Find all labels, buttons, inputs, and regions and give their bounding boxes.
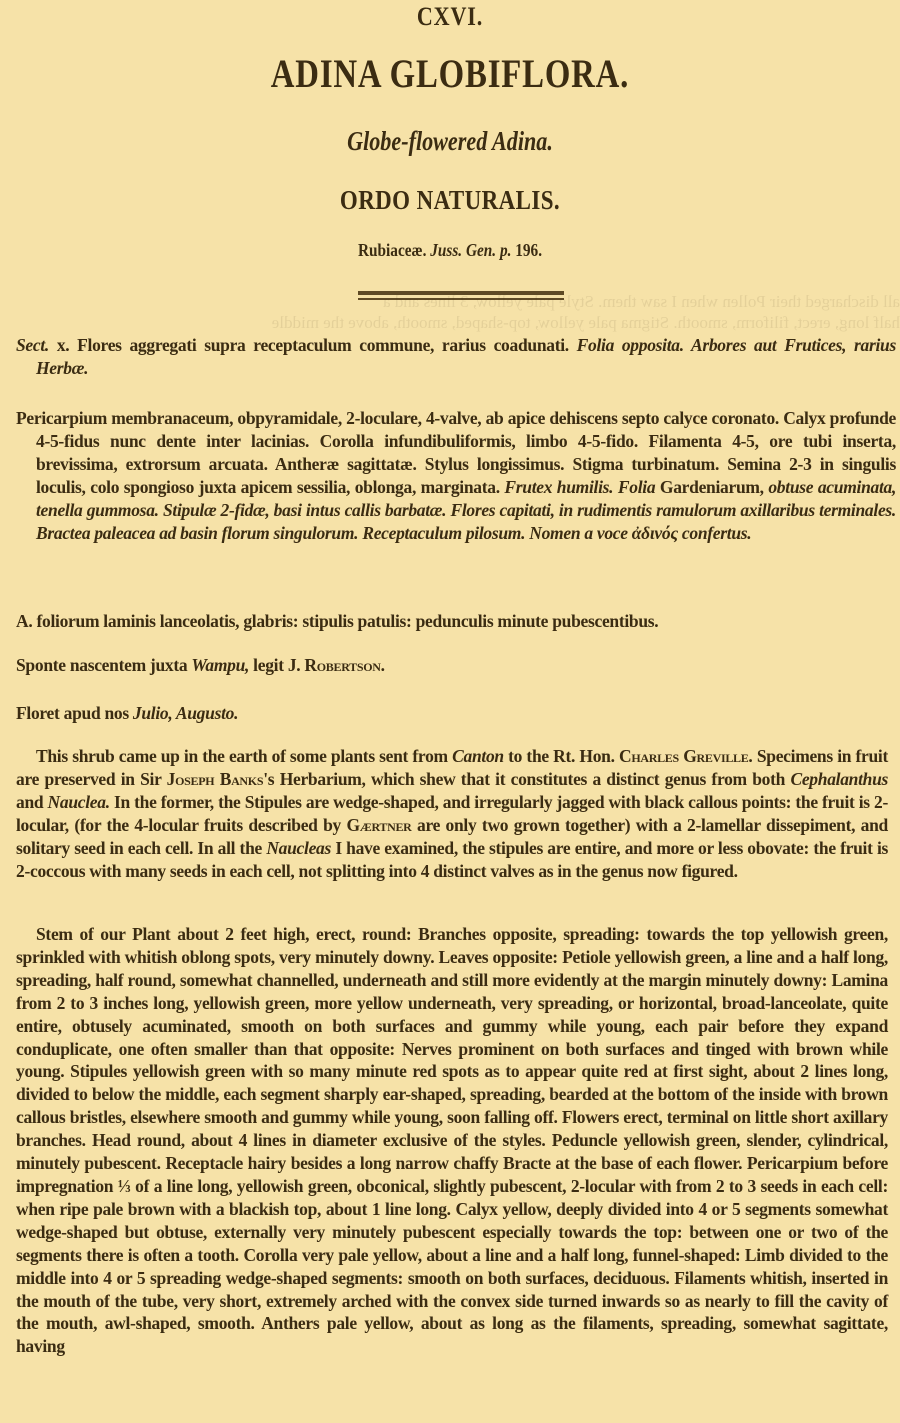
collector-name: Robertson. [304, 655, 384, 675]
body-text: 's Herbarium, which shew that it constit… [263, 769, 785, 789]
species-letter: A. [16, 611, 32, 631]
body-paragraph-1: This shrub came up in the earth of some … [16, 745, 888, 882]
bleedthrough-text: half long, erect, filiform, smooth. Stig… [0, 313, 900, 333]
flowering-months: Julio, Augusto. [133, 703, 238, 723]
person-name: Joseph Banks [167, 769, 264, 789]
body-text: This shrub came up in the earth of some … [36, 746, 448, 766]
ordo-heading: ORDO NATURALIS. [68, 185, 833, 216]
bleedthrough-text: all discharged their Pollen when I saw t… [0, 292, 900, 312]
family-name: Rubiaceæ. [358, 240, 426, 260]
generic-character-text: Gardeniarum, [660, 477, 764, 497]
habitat-line: Sponte nascentem juxta Wampu, legit J. R… [16, 654, 896, 677]
person-name: Gærtner [346, 815, 411, 835]
habitat-text: Sponte nascentem juxta [16, 655, 187, 675]
body-text: to the Rt. Hon. [508, 746, 615, 766]
family-reference: Juss. Gen. p. [430, 240, 511, 260]
document-page: CXVI. ADINA GLOBIFLORA. Globe-flowered A… [0, 0, 900, 1423]
habitat-text: legit J. [253, 655, 300, 675]
page-title: ADINA GLOBIFLORA. [81, 50, 819, 97]
body-paragraph-2: Stem of our Plant about 2 feet high, ere… [16, 923, 888, 1358]
genus-name: Naucleas [266, 838, 331, 858]
body-text: and [16, 792, 43, 812]
common-name: Globe-flowered Adina. [81, 126, 819, 157]
flowering-text: Floret apud nos [16, 703, 129, 723]
habitat-place: Wampu, [191, 655, 249, 675]
flowering-line: Floret apud nos Julio, Augusto. [16, 702, 896, 725]
genus-name: Nauclea. [48, 792, 110, 812]
section-number: x. [57, 335, 70, 355]
section-description: Sect. x. Flores aggregati supra receptac… [16, 334, 896, 380]
genus-name: Cephalanthus [790, 769, 888, 789]
person-name: Charles Greville. [619, 746, 753, 766]
section-label: Sect. [16, 335, 49, 355]
family-page: 196. [515, 240, 542, 260]
family-line: Rubiaceæ. Juss. Gen. p. 196. [68, 240, 833, 261]
generic-character-italic: Frutex humilis. Folia [504, 477, 655, 497]
species-description: foliorum laminis lanceolatis, glabris: s… [37, 611, 659, 631]
generic-character-text: Pericarpium membranaceum, obpyramidale, … [16, 408, 896, 497]
section-text: Flores aggregati supra receptaculum comm… [77, 335, 569, 355]
generic-character: Pericarpium membranaceum, obpyramidale, … [16, 407, 896, 544]
specific-character: A. foliorum laminis lanceolatis, glabris… [16, 610, 896, 633]
place-name: Canton [452, 746, 504, 766]
plate-number: CXVI. [68, 2, 833, 32]
